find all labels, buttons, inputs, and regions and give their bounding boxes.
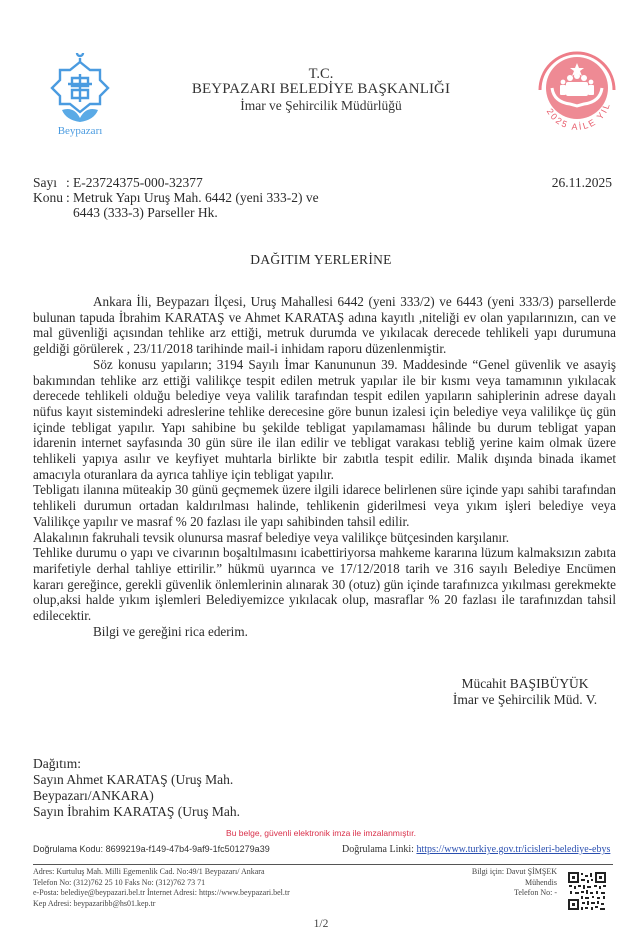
konu-separator: :: [66, 190, 70, 205]
verification-code-value: 8699219a-f149-47b4-9af9-1fc501279a39: [106, 844, 270, 854]
verification-link: Doğrulama Linki: https://www.turkiye.gov…: [342, 844, 610, 855]
email-web-line: e-Posta: belediye@beypazari.bel.tr İnter…: [33, 888, 290, 899]
page-number: 1/2: [0, 918, 642, 930]
paragraph-1: Ankara İli, Beypazarı İlçesi, Uruş Mahal…: [33, 294, 616, 357]
paragraph-2-b: Tebligatı ilanına müteakip 30 günü geçme…: [33, 482, 616, 529]
phone-line: Telefon No: (312)762 25 10 Faks No: (312…: [33, 878, 290, 889]
document-date: 26.11.2025: [552, 175, 612, 191]
footer-address: Adres: Kurtuluş Mah. Milli Egemenlik Cad…: [33, 867, 290, 909]
signatory-name: Mücahit BAŞIBÜYÜK: [440, 676, 610, 692]
distribution-line: Sayın Ahmet KARATAŞ (Uruş Mah.: [33, 772, 240, 788]
info-contact-role: Mühendis: [472, 878, 557, 889]
sayi-value: E-23724375-000-32377: [73, 175, 203, 190]
svg-text:Beypazarı: Beypazarı: [58, 125, 103, 137]
closing-line: Bilgi ve gereğini rica ederim.: [33, 624, 616, 640]
header-tc: T.C.: [150, 67, 492, 82]
paragraph-2-c: Alakalının fakruhali tevsik olunursa mas…: [33, 530, 616, 546]
paragraph-2-d: Tehlike durumu o yapı ve civarının boşal…: [33, 545, 616, 624]
distribution-line: Sayın İbrahim KARATAŞ (Uruş Mah.: [33, 804, 240, 820]
2025-aile-yili-emblem-icon: 2025 AİLE YILI: [530, 44, 624, 140]
document-body: Ankara İli, Beypazarı İlçesi, Uruş Mahal…: [33, 294, 616, 639]
header-department: İmar ve Şehircilik Müdürlüğü: [150, 98, 492, 113]
esign-notice: Bu belge, güvenli elektronik imza ile im…: [0, 828, 642, 838]
kep-line: Kep Adresi: beypazaribb@hs01.kep.tr: [33, 899, 290, 910]
paragraph-2-a-text: Söz konusu yapıların; 3194 Sayılı İmar K…: [33, 357, 616, 482]
verification-code-label: Doğrulama Kodu:: [33, 844, 103, 854]
sayi-separator: :: [66, 175, 70, 190]
distribution-list: Dağıtım: Sayın Ahmet KARATAŞ (Uruş Mah. …: [33, 756, 240, 820]
konu-value-line1: Metruk Yapı Uruş Mah. 6442 (yeni 333-2) …: [73, 190, 319, 205]
info-contact-person: Bilgi için: Davut ŞİMŞEK: [472, 867, 557, 878]
verification-link-label: Doğrulama Linki:: [342, 844, 414, 855]
verification-link-url[interactable]: https://www.turkiye.gov.tr/icisleri-bele…: [416, 844, 610, 855]
verification-code: Doğrulama Kodu: 8699219a-f149-47b4-9af9-…: [33, 844, 270, 854]
signatory-title: İmar ve Şehircilik Müd. V.: [440, 692, 610, 708]
footer-contact-info: Bilgi için: Davut ŞİMŞEK Mühendis Telefo…: [472, 867, 557, 899]
distribution-line: Beypazarı/ANKARA): [33, 788, 240, 804]
qr-code-icon: [567, 871, 607, 911]
paragraph-2-a: Söz konusu yapıların; 3194 Sayılı İmar K…: [33, 357, 616, 483]
info-contact-phone: Telefon No: -: [472, 888, 557, 899]
footer-divider: [33, 864, 613, 865]
document-title: DAĞITIM YERLERİNE: [0, 252, 642, 268]
distribution-label: Dağıtım:: [33, 756, 240, 772]
header-organization: BEYPAZARI BELEDİYE BAŞKANLIĞI: [150, 82, 492, 97]
konu-value-line2: 6443 (333-3) Parseller Hk.: [73, 205, 218, 220]
address-line: Adres: Kurtuluş Mah. Milli Egemenlik Cad…: [33, 867, 290, 878]
beypazari-municipality-logo-icon: Beypazarı: [44, 48, 116, 138]
